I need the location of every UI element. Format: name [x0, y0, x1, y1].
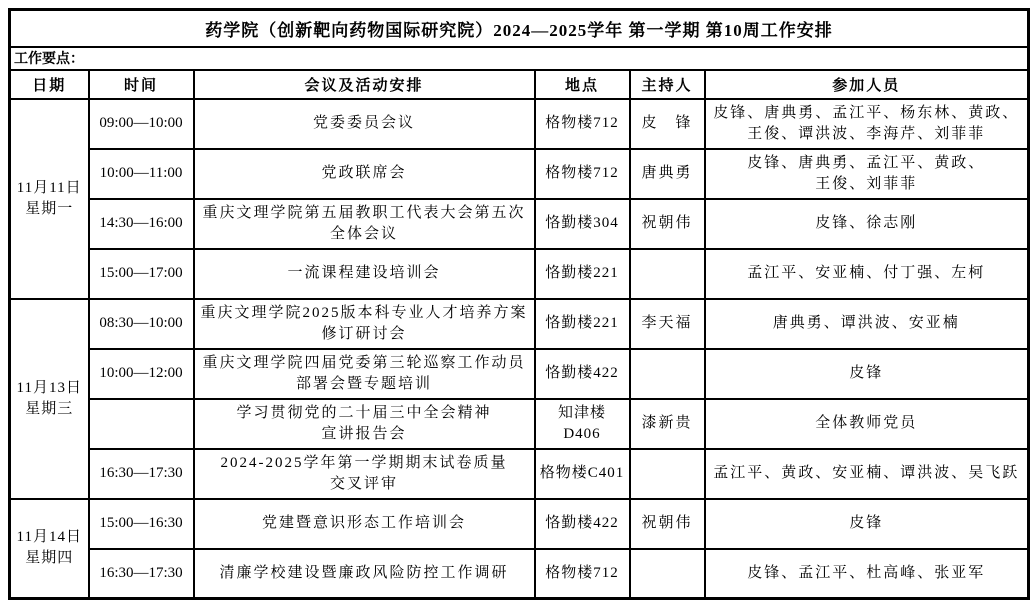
participants-cell: 皮锋 [705, 349, 1029, 399]
schedule-row: 学习贯彻党的二十届三中全会精神 宣讲报告会知津楼D406漆新贵全体教师党员 [10, 399, 1029, 449]
host-cell: 李天福 [630, 299, 705, 349]
schedule-row: 10:00—11:00党政联席会格物楼712唐典勇皮锋、唐典勇、孟江平、黄政、 … [10, 149, 1029, 199]
host-cell: 唐典勇 [630, 149, 705, 199]
time-cell: 15:00—16:30 [89, 499, 194, 549]
location-cell: 知津楼D406 [535, 399, 630, 449]
participants-cell: 孟江平、安亚楠、付丁强、左柯 [705, 249, 1029, 299]
date-cell: 11月13日 星期三 [10, 299, 89, 499]
column-header-3: 会议及活动安排 [194, 70, 535, 99]
host-cell [630, 349, 705, 399]
participants-cell: 孟江平、黄政、安亚楠、谭洪波、吴飞跃 [705, 449, 1029, 499]
activity-cell: 清廉学校建设暨廉政风险防控工作调研 [194, 549, 535, 599]
host-cell: 祝朝伟 [630, 199, 705, 249]
column-header-4: 地点 [535, 70, 630, 99]
participants-cell: 皮锋 [705, 499, 1029, 549]
host-cell [630, 549, 705, 599]
location-cell: 恪勤楼422 [535, 499, 630, 549]
title-row: 药学院（创新靶向药物国际研究院）2024—2025学年 第一学期 第10周工作安… [10, 10, 1029, 47]
location-cell: 格物楼712 [535, 549, 630, 599]
participants-cell: 皮锋、孟江平、杜高峰、张亚军 [705, 549, 1029, 599]
activity-cell: 党建暨意识形态工作培训会 [194, 499, 535, 549]
work-points-label: 工作要点： [10, 47, 1029, 70]
host-cell [630, 249, 705, 299]
location-cell: 恪勤楼422 [535, 349, 630, 399]
time-cell: 16:30—17:30 [89, 549, 194, 599]
location-cell: 恪勤楼304 [535, 199, 630, 249]
activity-cell: 重庆文理学院第五届教职工代表大会第五次 全体会议 [194, 199, 535, 249]
time-cell: 14:30—16:00 [89, 199, 194, 249]
schedule-row: 11月14日 星期四15:00—16:30党建暨意识形态工作培训会恪勤楼422祝… [10, 499, 1029, 549]
location-cell: 恪勤楼221 [535, 299, 630, 349]
time-cell: 08:30—10:00 [89, 299, 194, 349]
schedule-row: 14:30—16:00重庆文理学院第五届教职工代表大会第五次 全体会议恪勤楼30… [10, 199, 1029, 249]
time-cell: 10:00—12:00 [89, 349, 194, 399]
time-cell: 16:30—17:30 [89, 449, 194, 499]
work-points-row: 工作要点： [10, 47, 1029, 70]
column-header-1: 日期 [10, 70, 89, 99]
time-cell: 10:00—11:00 [89, 149, 194, 199]
time-cell: 09:00—10:00 [89, 99, 194, 149]
participants-cell: 皮锋、徐志刚 [705, 199, 1029, 249]
activity-cell: 重庆文理学院2025版本科专业人才培养方案 修订研讨会 [194, 299, 535, 349]
schedule-row: 15:00—17:00一流课程建设培训会恪勤楼221孟江平、安亚楠、付丁强、左柯 [10, 249, 1029, 299]
time-cell [89, 399, 194, 449]
schedule-row: 16:30—17:302024-2025学年第一学期期末试卷质量 交叉评审格物楼… [10, 449, 1029, 499]
column-header-5: 主持人 [630, 70, 705, 99]
schedule-row: 11月13日 星期三08:30—10:00重庆文理学院2025版本科专业人才培养… [10, 299, 1029, 349]
participants-cell: 皮锋、唐典勇、孟江平、黄政、 王俊、刘菲菲 [705, 149, 1029, 199]
host-cell: 祝朝伟 [630, 499, 705, 549]
table-header-row: 日期时间会议及活动安排地点主持人参加人员 [10, 70, 1029, 99]
column-header-2: 时间 [89, 70, 194, 99]
location-cell: 格物楼712 [535, 149, 630, 199]
activity-cell: 党委委员会议 [194, 99, 535, 149]
activity-cell: 党政联席会 [194, 149, 535, 199]
date-cell: 11月14日 星期四 [10, 499, 89, 599]
schedule-row: 11月11日 星期一09:00—10:00党委委员会议格物楼712皮 锋皮锋、唐… [10, 99, 1029, 149]
schedule-row: 10:00—12:00重庆文理学院四届党委第三轮巡察工作动员 部署会暨专题培训恪… [10, 349, 1029, 399]
host-cell: 漆新贵 [630, 399, 705, 449]
weekly-schedule-table: 药学院（创新靶向药物国际研究院）2024—2025学年 第一学期 第10周工作安… [8, 8, 1030, 600]
page-title: 药学院（创新靶向药物国际研究院）2024—2025学年 第一学期 第10周工作安… [10, 10, 1029, 47]
host-cell: 皮 锋 [630, 99, 705, 149]
activity-cell: 重庆文理学院四届党委第三轮巡察工作动员 部署会暨专题培训 [194, 349, 535, 399]
participants-cell: 皮锋、唐典勇、孟江平、杨东林、黄政、 王俊、谭洪波、李海芹、刘菲菲 [705, 99, 1029, 149]
column-header-6: 参加人员 [705, 70, 1029, 99]
schedule-row: 16:30—17:30清廉学校建设暨廉政风险防控工作调研格物楼712皮锋、孟江平… [10, 549, 1029, 599]
activity-cell: 一流课程建设培训会 [194, 249, 535, 299]
participants-cell: 全体教师党员 [705, 399, 1029, 449]
host-cell [630, 449, 705, 499]
activity-cell: 2024-2025学年第一学期期末试卷质量 交叉评审 [194, 449, 535, 499]
location-cell: 格物楼C401 [535, 449, 630, 499]
date-cell: 11月11日 星期一 [10, 99, 89, 299]
participants-cell: 唐典勇、谭洪波、安亚楠 [705, 299, 1029, 349]
document-page: 药学院（创新靶向药物国际研究院）2024—2025学年 第一学期 第10周工作安… [0, 0, 1034, 608]
time-cell: 15:00—17:00 [89, 249, 194, 299]
activity-cell: 学习贯彻党的二十届三中全会精神 宣讲报告会 [194, 399, 535, 449]
location-cell: 恪勤楼221 [535, 249, 630, 299]
location-cell: 格物楼712 [535, 99, 630, 149]
